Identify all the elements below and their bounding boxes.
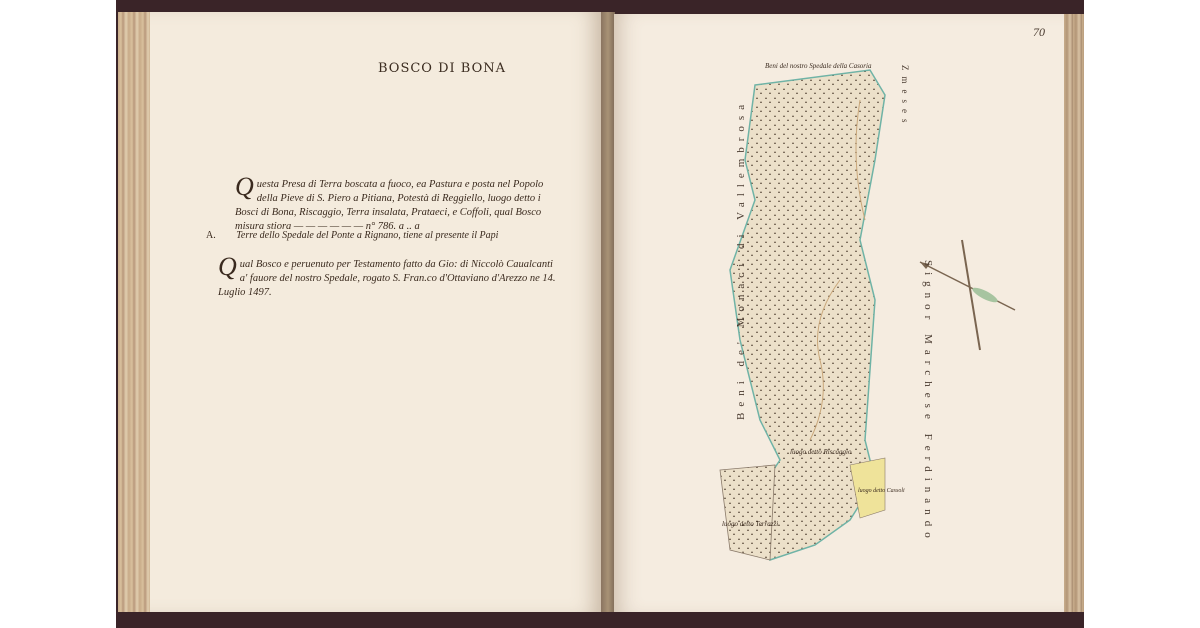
map-label-right: Signor Marchese Ferdinando [922,260,934,580]
map-label-top: Beni del nostro Spedale della Casoria [765,62,871,70]
map-label-cassoli: luogo detto Cassoli [858,488,905,494]
compass-icon [920,240,1015,350]
page-number: 70 [1033,25,1045,40]
left-page [150,12,602,612]
item-a: A. Terre dello Spedale del Ponte a Rigna… [206,230,498,241]
provenance-paragraph: Q ual Bosco e peruenuto per Testamento f… [218,258,558,300]
map-label-riscaggio: luogo detto Riscaggio [790,448,851,456]
map-label-terrazzi: luogo detto Terrazzi [722,520,778,528]
right-page-edges [1064,14,1084,612]
paragraph-text: uesta Presa di Terra boscata a fuoco, ea… [235,179,543,232]
item-letter: A. [206,230,216,241]
left-page-edges [118,12,152,612]
description-paragraph: Q uesta Presa di Terra boscata a fuoco, … [235,178,565,234]
book-gutter [601,12,615,612]
estate-map [700,40,1060,590]
dropcap: Q [235,176,254,198]
dropcap: Q [218,256,237,278]
map-label-left: Beni de' Monaci di Vallembrosa [735,120,747,420]
item-text: Terre dello Spedale del Ponte a Rignano,… [236,230,498,241]
page-title: BOSCO DI BONA [378,61,506,76]
paragraph-text: ual Bosco e peruenuto per Testamento fat… [218,259,556,298]
map-label-right-top: Zmeses [900,65,910,145]
